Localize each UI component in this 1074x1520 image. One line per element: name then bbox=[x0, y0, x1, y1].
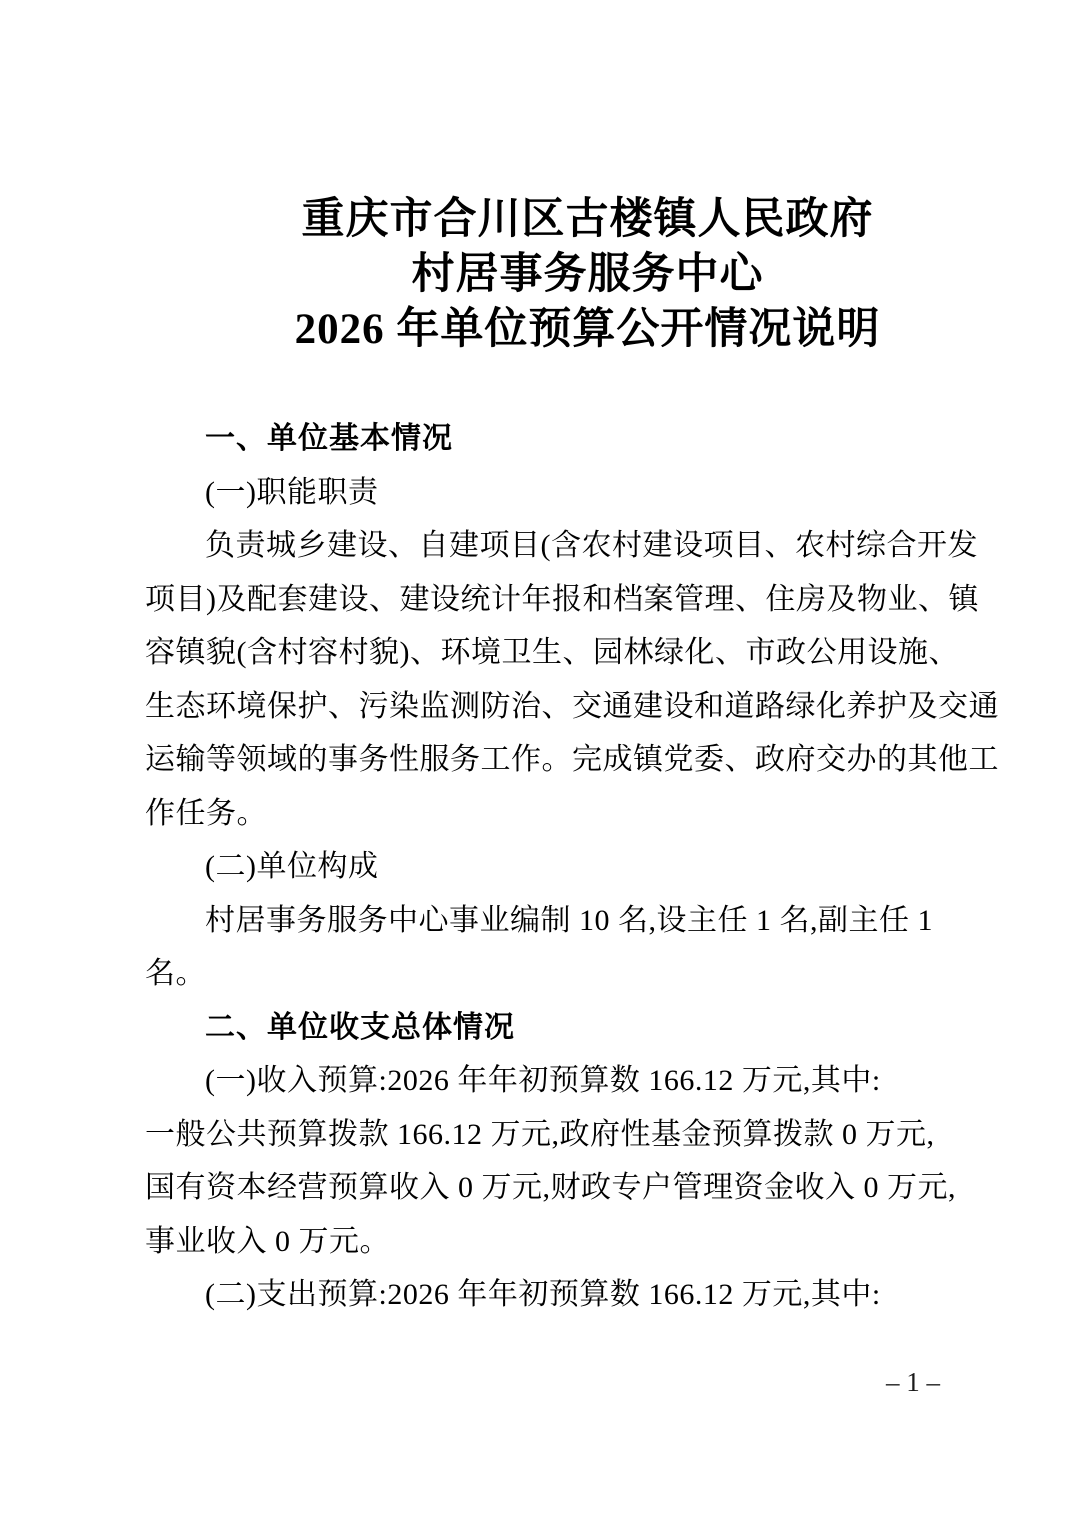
paragraph-line: 运输等领域的事务性服务工作。完成镇党委、政府交办的其他工 bbox=[145, 733, 945, 787]
paragraph-line: 一般公共预算拨款 166.12 万元,政府性基金预算拨款 0 万元, bbox=[145, 1108, 945, 1162]
paragraph-line: 项目)及配套建设、建设统计年报和档案管理、住房及物业、镇 bbox=[145, 573, 945, 627]
paragraph-line: (二)支出预算:2026 年年初预算数 166.12 万元,其中: bbox=[145, 1268, 945, 1322]
subsection-heading-2: (二)单位构成 bbox=[145, 840, 945, 894]
paragraph-line: 事业收入 0 万元。 bbox=[145, 1215, 945, 1269]
section-heading-1: 一、单位基本情况 bbox=[145, 412, 945, 466]
paragraph-line: (一)收入预算:2026 年年初预算数 166.12 万元,其中: bbox=[145, 1054, 945, 1108]
document-title: 重庆市合川区古楼镇人民政府 村居事务服务中心 2026 年单位预算公开情况说明 bbox=[190, 192, 985, 357]
document-body: 一、单位基本情况 (一)职能职责 负责城乡建设、自建项目(含农村建设项目、农村综… bbox=[145, 412, 945, 1322]
section-heading-2: 二、单位收支总体情况 bbox=[145, 1001, 945, 1055]
paragraph-line: 容镇貌(含村容村貌)、环境卫生、园林绿化、市政公用设施、 bbox=[145, 626, 945, 680]
paragraph-line: 生态环境保护、污染监测防治、交通建设和道路绿化养护及交通 bbox=[145, 680, 945, 734]
paragraph-line: 村居事务服务中心事业编制 10 名,设主任 1 名,副主任 1 bbox=[145, 894, 945, 948]
paragraph-line: 国有资本经营预算收入 0 万元,财政专户管理资金收入 0 万元, bbox=[145, 1161, 945, 1215]
subsection-heading-1: (一)职能职责 bbox=[145, 466, 945, 520]
paragraph-line: 作任务。 bbox=[145, 787, 945, 841]
page-number: – 1 – bbox=[145, 1366, 940, 1398]
title-line-2: 村居事务服务中心 bbox=[190, 247, 985, 302]
title-line-3: 2026 年单位预算公开情况说明 bbox=[190, 302, 985, 357]
paragraph-line: 名。 bbox=[145, 947, 945, 1001]
title-line-1: 重庆市合川区古楼镇人民政府 bbox=[190, 192, 985, 247]
paragraph-line: 负责城乡建设、自建项目(含农村建设项目、农村综合开发 bbox=[145, 519, 945, 573]
document-page: 重庆市合川区古楼镇人民政府 村居事务服务中心 2026 年单位预算公开情况说明 … bbox=[0, 0, 1074, 1520]
